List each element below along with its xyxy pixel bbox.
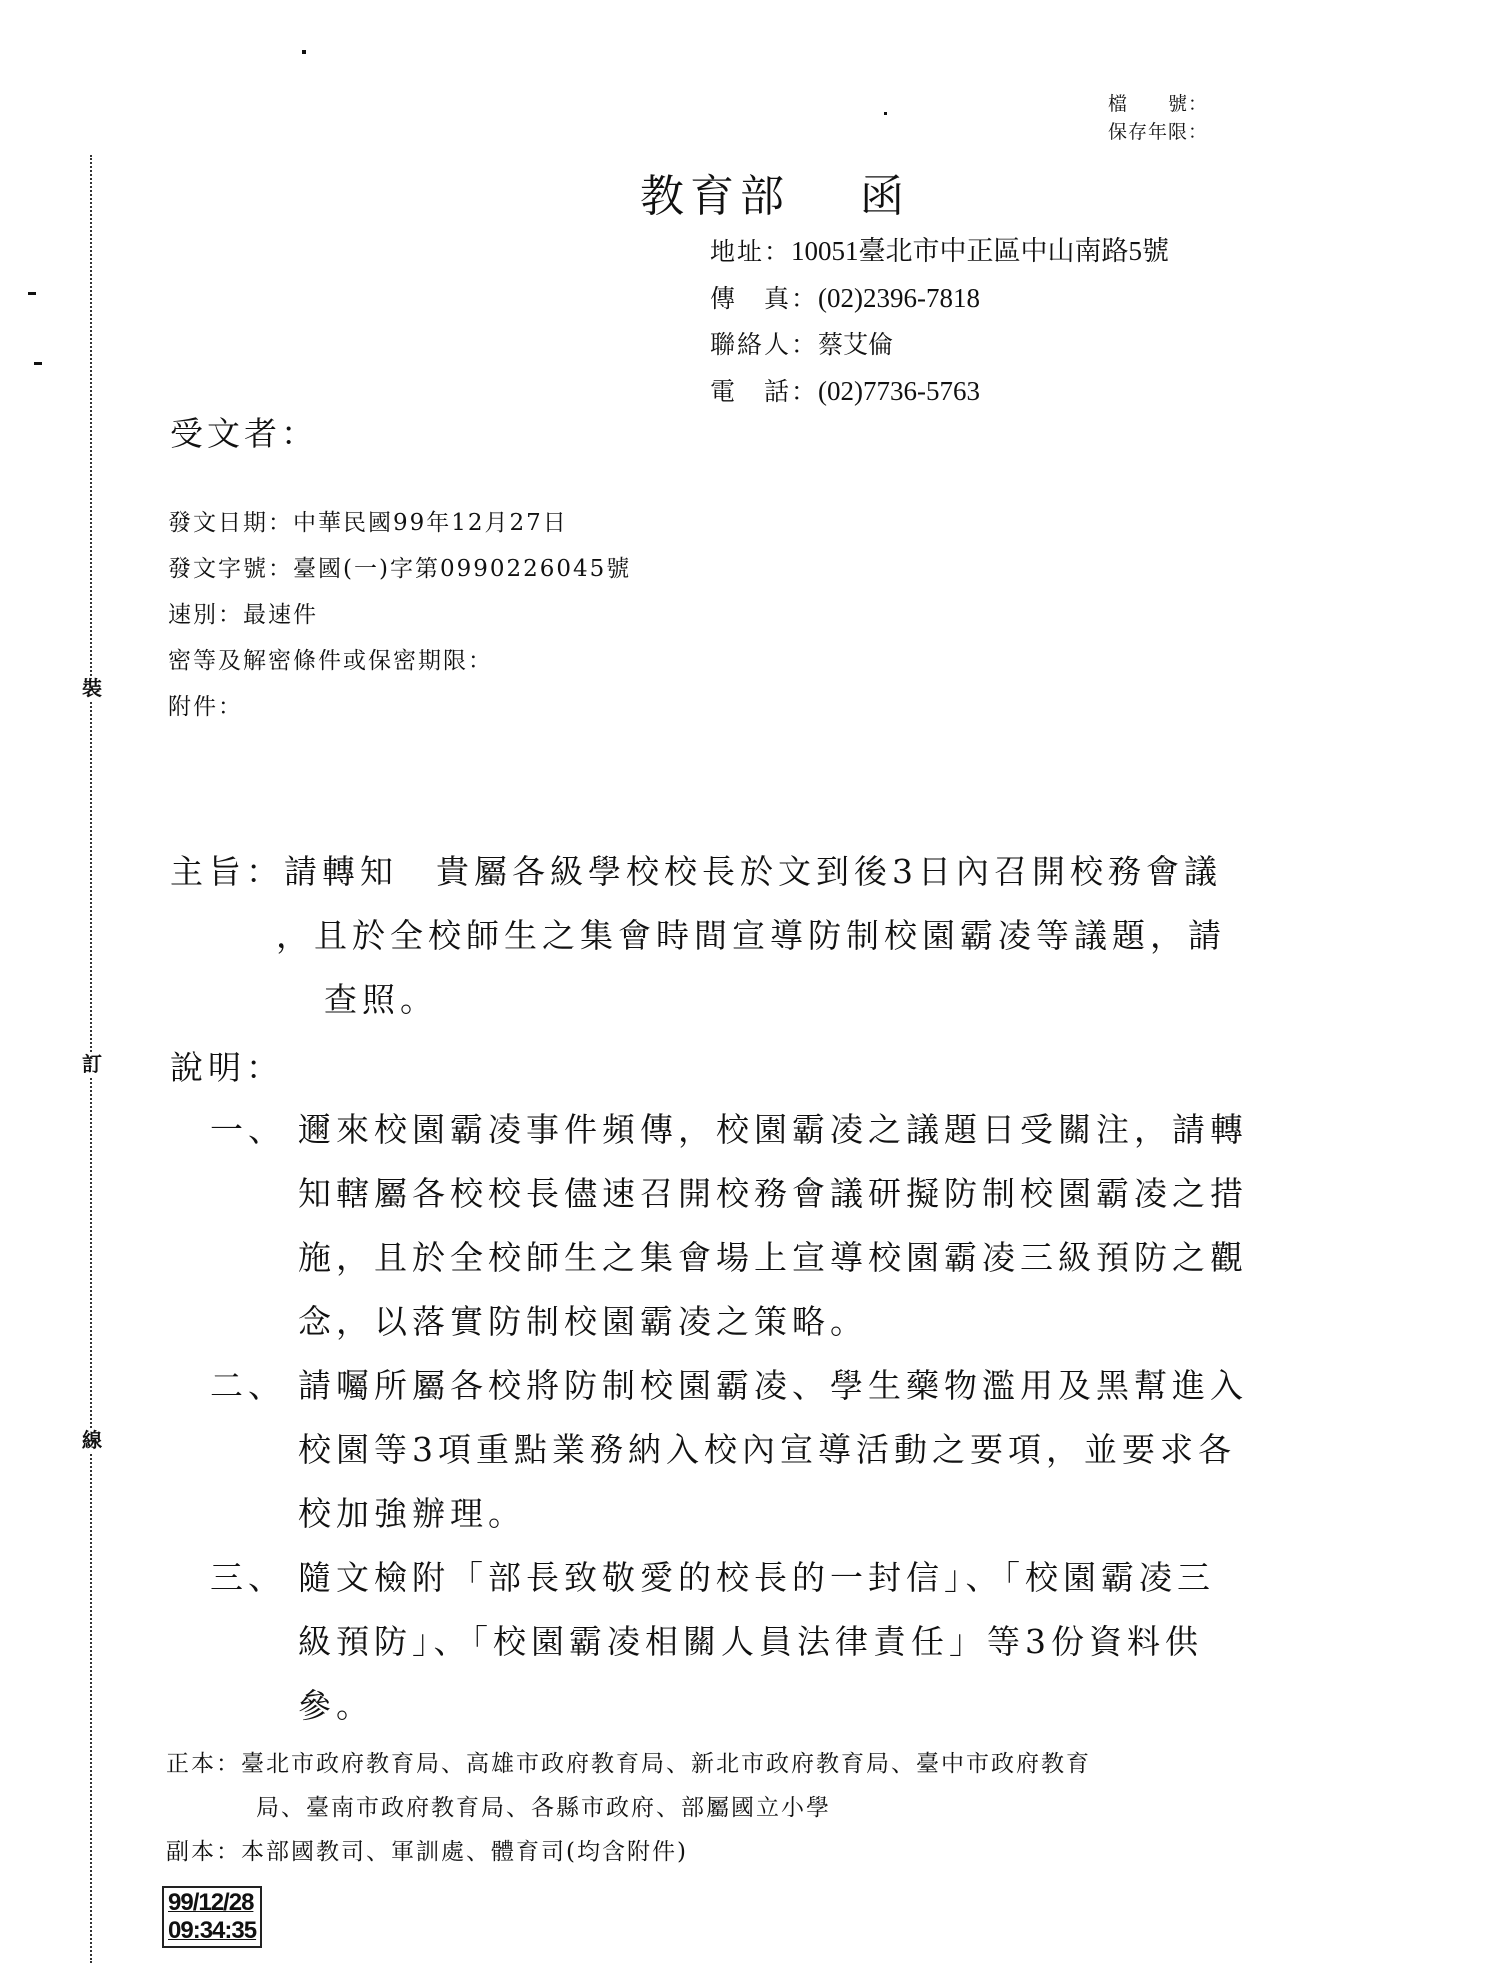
document-title: 教育部函 [640,160,910,224]
main-recipients-label: 正本： [166,1742,241,1786]
issue-date-value: 中華民國99年12月27日 [293,510,568,536]
address-row: 地址：10051臺北市中正區中山南路5號 [710,228,1169,275]
item-number: 一、 [210,1098,298,1354]
item-line: 參。 [298,1674,1350,1738]
item-line: 知轄屬各校校長儘速召開校務會議研擬防制校園霸凌之措 [298,1162,1350,1226]
fax-value: (02)2396-7818 [818,283,980,313]
stamp-time: 09:34:35 [168,1917,256,1945]
scan-speck [884,112,887,115]
item-text: 請囑所屬各校將防制校園霸凌、學生藥物濫用及黑幫進入 校園等3項重點業務納入校內宣… [298,1354,1350,1546]
retention-period-label: 保存年限： [1108,118,1208,146]
file-number-label: 檔 號： [1108,90,1208,118]
copy-recipients-label: 副本： [166,1830,241,1874]
scan-speck [34,362,42,365]
stamp-date: 99/12/28 [168,1889,256,1917]
subject-line: 請轉知 貴屬各級學校校長於文到後3日內召開校務會議 [284,840,1324,904]
scan-speck [302,50,306,54]
item-text: 邇來校園霸凌事件頻傳，校園霸凌之議題日受關注，請轉 知轄屬各校校長儘速召開校務會… [298,1098,1350,1354]
item-line: 請囑所屬各校將防制校園霸凌、學生藥物濫用及黑幫進入 [298,1354,1350,1418]
issue-date-label: 發文日期： [168,510,293,536]
attachment-row: 附件： [168,684,631,730]
document-type: 函 [860,171,910,222]
explanation-label: 說明： [170,1038,1370,1098]
item-line: 施，且於全校師生之集會場上宣導校園霸凌三級預防之觀 [298,1226,1350,1290]
explanation-item-3: 三、 隨文檢附「部長致敬愛的校長的一封信」、「校園霸凌三 級預防」、「校園霸凌相… [210,1546,1370,1738]
phone-label: 電 話： [710,377,818,406]
phone-row: 電 話：(02)7736-5763 [710,368,1169,415]
recipient-label: 受文者： [170,408,318,455]
item-line: 校加強辦理。 [298,1482,1350,1546]
receipt-timestamp-stamp: 99/12/28 09:34:35 [162,1886,262,1948]
scan-speck [28,292,36,295]
document-number-label: 發文字號： [168,556,293,582]
copy-recipients-value: 本部國教司、軍訓處、體育司(均含附件) [241,1830,688,1874]
explanation-item-2: 二、 請囑所屬各校將防制校園霸凌、學生藥物濫用及黑幫進入 校園等3項重點業務納入… [210,1354,1370,1546]
subject-line: ，且於全校師生之集會時間宣導防制校園霸凌等議題，請 [276,904,1324,968]
subject-section: 主旨： 請轉知 貴屬各級學校校長於文到後3日內召開校務會議 ，且於全校師生之集會… [170,840,1370,1032]
secrecy-label: 密等及解密條件或保密期限： [168,648,493,674]
contact-person-row: 聯絡人：蔡艾倫 [710,322,1169,368]
fax-label: 傳 真： [710,284,818,313]
secrecy-row: 密等及解密條件或保密期限： [168,638,631,684]
urgency-row: 速別：最速件 [168,592,631,638]
file-info: 檔 號： 保存年限： [1108,90,1208,146]
contact-person-label: 聯絡人： [710,330,818,359]
document-body: 主旨： 請轉知 貴屬各級學校校長於文到後3日內召開校務會議 ，且於全校師生之集會… [170,840,1370,1738]
main-recipients-value-cont: 局、臺南市政府教育局、各縣市政府、部屬國立小學 [256,1786,831,1830]
address-label: 地址： [710,237,791,266]
item-line: 念，以落實防制校園霸凌之策略。 [298,1290,1350,1354]
item-number: 二、 [210,1354,298,1546]
main-recipients-continued: 局、臺南市政府教育局、各縣市政府、部屬國立小學 [166,1786,1091,1830]
document-number-row: 發文字號：臺國(一)字第0990226045號 [168,546,631,592]
item-line: 校園等3項重點業務納入校內宣導活動之要項，並要求各 [298,1418,1350,1482]
main-recipients-row: 正本：臺北市政府教育局、高雄市政府教育局、新北市政府教育局、臺中市政府教育 [166,1742,1091,1786]
phone-value: (02)7736-5763 [818,376,980,406]
item-line: 邇來校園霸凌事件頻傳，校園霸凌之議題日受關注，請轉 [298,1098,1350,1162]
contact-person-value: 蔡艾倫 [818,330,893,359]
distribution-list: 正本：臺北市政府教育局、高雄市政府教育局、新北市政府教育局、臺中市政府教育 局、… [166,1742,1091,1874]
explanation-item-1: 一、 邇來校園霸凌事件頻傳，校園霸凌之議題日受關注，請轉 知轄屬各校校長儘速召開… [210,1098,1370,1354]
item-line: 隨文檢附「部長致敬愛的校長的一封信」、「校園霸凌三 [298,1546,1350,1610]
address-value: 10051臺北市中正區中山南路5號 [791,236,1169,266]
urgency-label: 速別： [168,602,243,628]
binding-mark-xian: 線 [80,1428,104,1452]
copy-recipients-row: 副本：本部國教司、軍訓處、體育司(均含附件) [166,1830,1091,1874]
main-recipients-value: 臺北市政府教育局、高雄市政府教育局、新北市政府教育局、臺中市政府教育 [241,1742,1091,1786]
binding-mark-zhuang: 裝 [80,676,104,700]
subject-label: 主旨： [170,840,284,1032]
issue-date-row: 發文日期：中華民國99年12月27日 [168,500,631,546]
subject-line: 查照。 [324,968,1324,1032]
agency-name: 教育部 [640,171,790,222]
attachment-label: 附件： [168,694,243,720]
item-text: 隨文檢附「部長致敬愛的校長的一封信」、「校園霸凌三 級預防」、「校園霸凌相關人員… [298,1546,1350,1738]
item-number: 三、 [210,1546,298,1738]
contact-block: 地址：10051臺北市中正區中山南路5號 傳 真：(02)2396-7818 聯… [710,228,1169,415]
fax-row: 傳 真：(02)2396-7818 [710,275,1169,322]
binding-mark-ding: 訂 [80,1052,104,1076]
urgency-value: 最速件 [243,602,318,628]
document-number-value: 臺國(一)字第0990226045號 [293,556,631,582]
item-line: 級預防」、「校園霸凌相關人員法律責任」等3份資料供 [298,1610,1350,1674]
document-meta: 發文日期：中華民國99年12月27日 發文字號：臺國(一)字第099022604… [168,500,631,730]
subject-content: 請轉知 貴屬各級學校校長於文到後3日內召開校務會議 ，且於全校師生之集會時間宣導… [284,840,1324,1032]
